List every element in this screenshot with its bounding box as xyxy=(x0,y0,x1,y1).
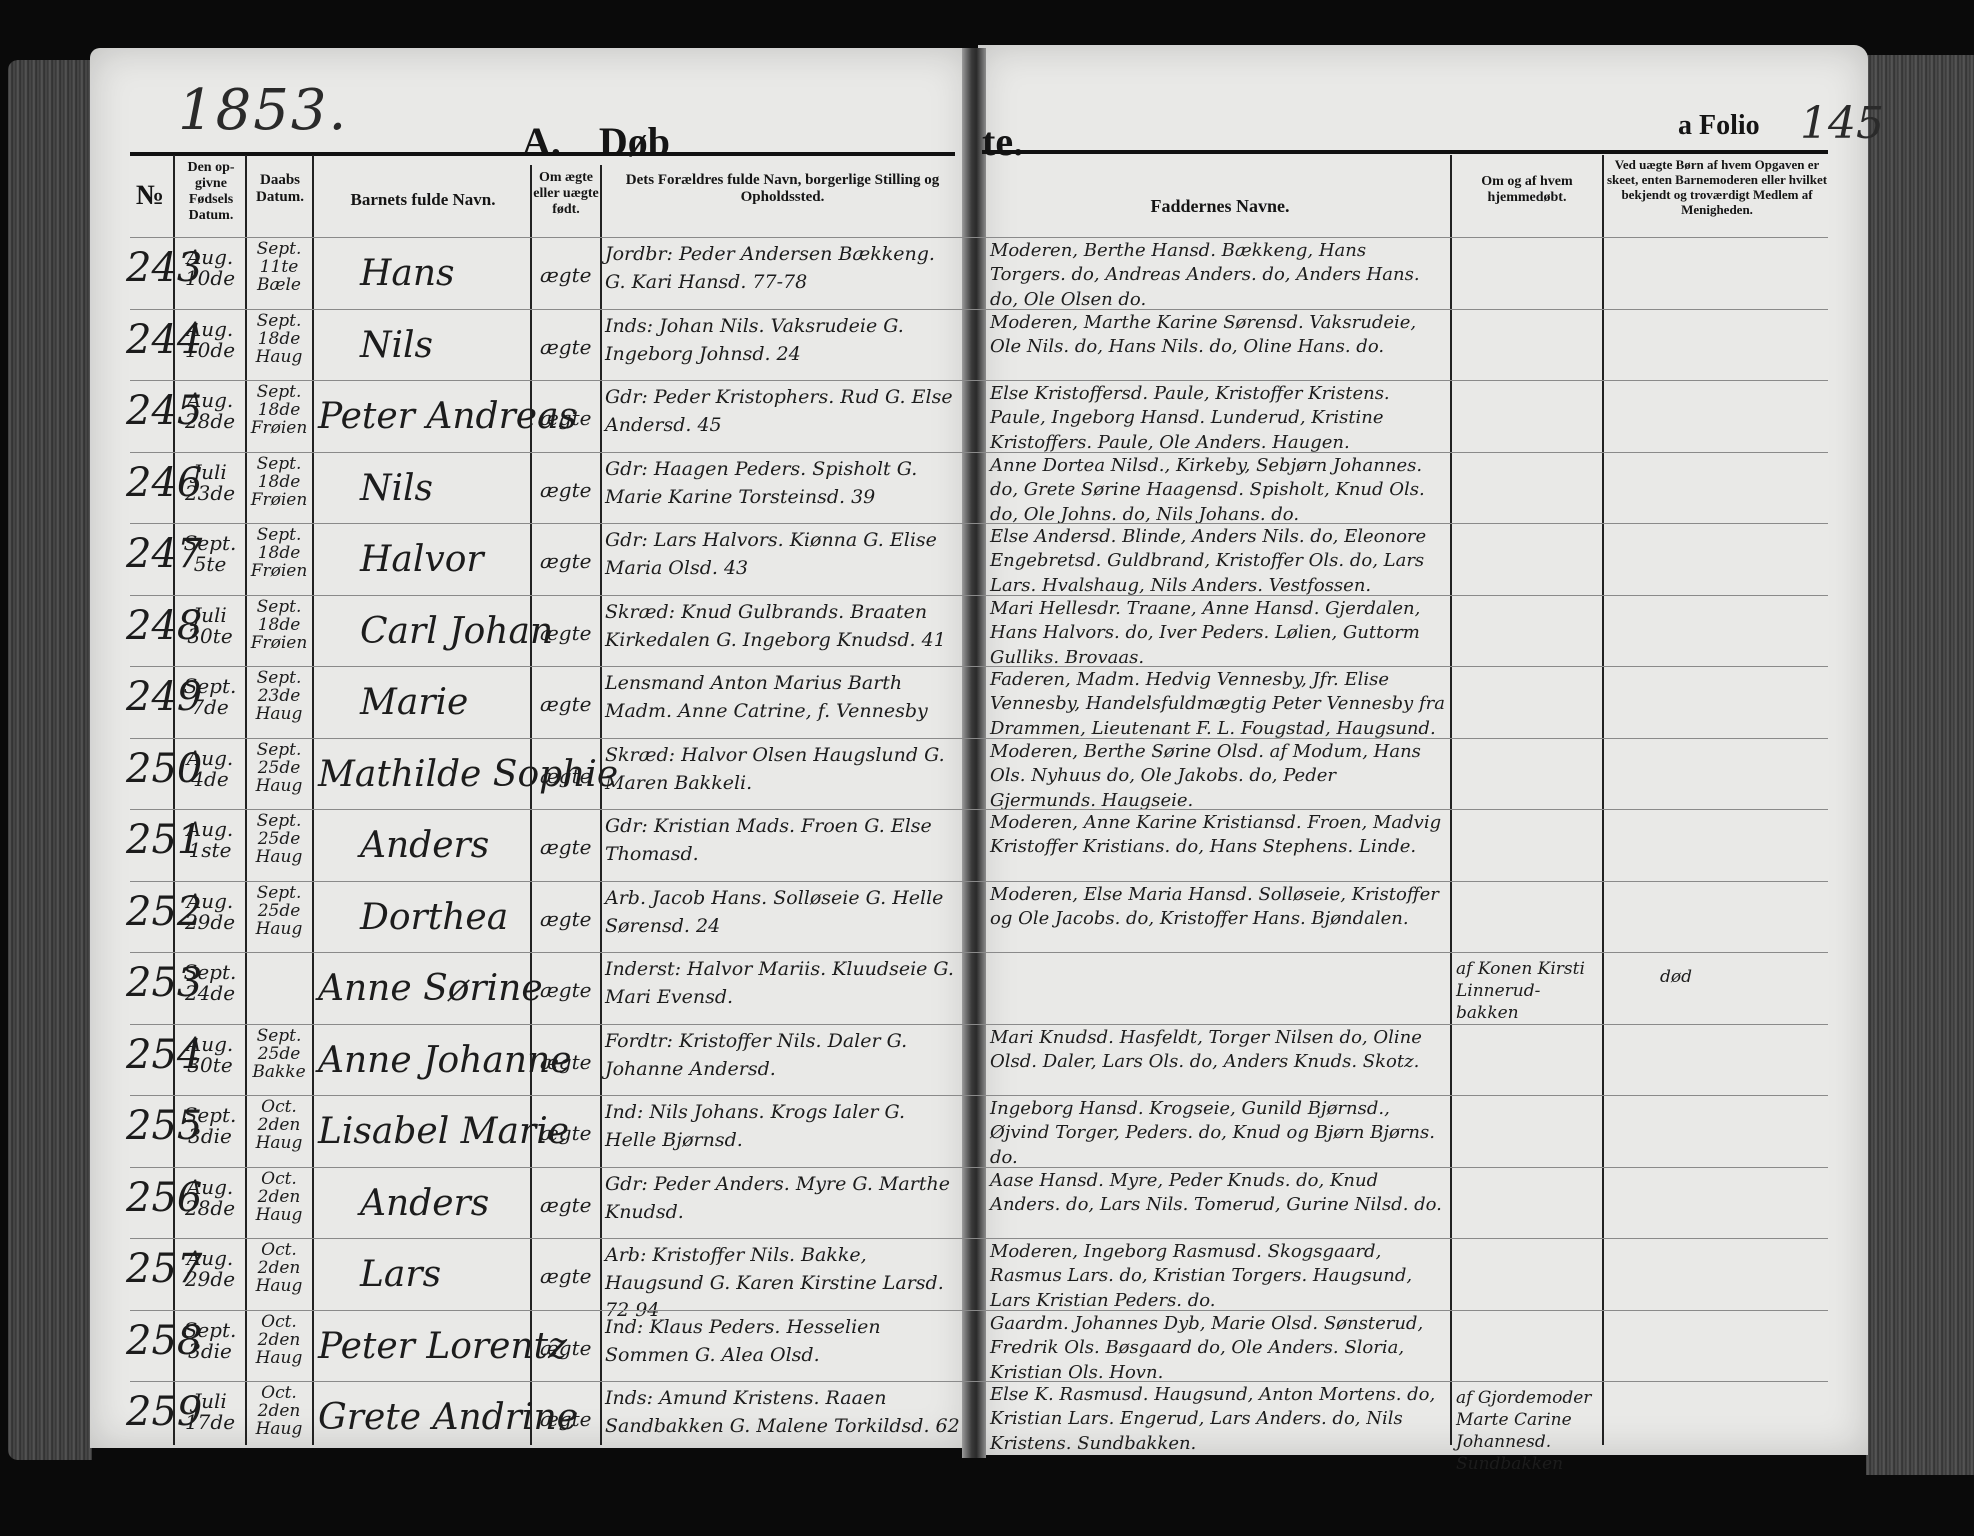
birth-date: Aug. 28de xyxy=(176,1177,244,1219)
register-book-scan: 1853. A. Døb te. a Folio 145 № Den op-gi… xyxy=(0,0,1974,1536)
baptism-date: Sept. 25de Haug xyxy=(248,742,310,796)
page-edges-right xyxy=(1866,55,1974,1475)
baptism-date: Sept. 23de Haug xyxy=(248,670,310,724)
birth-date: Aug. 30te xyxy=(176,1034,244,1076)
col-divider xyxy=(245,155,247,1445)
parents: Skræd: Knud Gulbrands. Braaten Kirkedale… xyxy=(605,599,960,654)
baptism-date: Sept. 18de Frøien xyxy=(248,527,310,581)
parents: Gdr: Lars Halvors. Kiønna G. Elise Maria… xyxy=(605,527,960,582)
legitimacy: ægte xyxy=(540,907,591,931)
birth-date: Sept. 5te xyxy=(176,533,244,575)
book-gutter xyxy=(962,48,986,1458)
row-divider xyxy=(130,809,1828,810)
col-header-informant: Ved uægte Børn af hvem Opgaven er skeet,… xyxy=(1606,158,1828,218)
row-divider xyxy=(130,1095,1828,1096)
godparents: Moderen, Anne Karine Kristiansd. Froen, … xyxy=(990,811,1445,860)
section-letter: A. xyxy=(522,119,561,164)
birth-date: Juli 23de xyxy=(176,462,244,504)
home-baptized: af Konen Kirsti Linnerud-bakken xyxy=(1456,958,1601,1024)
child-name: Lars xyxy=(360,1254,441,1295)
page-edges-left xyxy=(8,60,92,1460)
baptism-date: Sept. 18de Haug xyxy=(248,313,310,367)
row-divider xyxy=(130,881,1828,882)
baptism-date: Oct. 2den Haug xyxy=(248,1242,310,1296)
col-divider xyxy=(1450,155,1452,1445)
godparents: Moderen, Marthe Karine Sørensd. Vaksrude… xyxy=(990,311,1445,360)
col-header-parents: Dets Forældres fulde Navn, borgerlige St… xyxy=(605,172,960,207)
child-name: Nils xyxy=(360,468,433,509)
section-title-left: Døb xyxy=(599,119,670,164)
child-name: Marie xyxy=(360,682,468,723)
birth-date: Aug. 10de xyxy=(176,319,244,361)
parents: Fordtr: Kristoffer Nils. Daler G. Johann… xyxy=(605,1028,960,1083)
baptism-date: Oct. 2den Haug xyxy=(248,1314,310,1368)
col-header-no: № xyxy=(130,180,170,212)
parents: Gdr: Kristian Mads. Froen G. Else Thomas… xyxy=(605,813,960,868)
birth-date: Aug. 29de xyxy=(176,1248,244,1290)
folio-number: 145 xyxy=(1800,98,1884,149)
legitimacy: ægte xyxy=(540,406,591,430)
legitimacy: ægte xyxy=(540,621,591,645)
row-divider xyxy=(130,666,1828,667)
baptism-date: Oct. 2den Haug xyxy=(248,1385,310,1439)
godparents: Moderen, Else Maria Hansd. Solløseie, Kr… xyxy=(990,883,1445,932)
baptism-date: Sept. 25de Haug xyxy=(248,885,310,939)
parents: Gdr: Haagen Peders. Spisholt G. Marie Ka… xyxy=(605,456,960,511)
section-title: A. Døb xyxy=(522,118,670,165)
row-divider xyxy=(130,380,1828,381)
section-title-continuation: te. xyxy=(982,118,1023,165)
child-name: Hans xyxy=(360,253,455,294)
birth-date: Sept. 24de xyxy=(176,962,244,1004)
baptism-date: Sept. 18de Frøien xyxy=(248,384,310,438)
birth-date: Juli 30te xyxy=(176,605,244,647)
legitimacy: ægte xyxy=(540,764,591,788)
baptism-date: Oct. 2den Haug xyxy=(248,1099,310,1153)
register-year: 1853. xyxy=(178,78,348,143)
parents: Jordbr: Peder Andersen Bækkeng. G. Kari … xyxy=(605,241,960,296)
parents: Skræd: Halvor Olsen Haugslund G. Maren B… xyxy=(605,742,960,797)
row-divider xyxy=(130,452,1828,453)
col-header-child-name: Barnets fulde Navn. xyxy=(318,190,528,210)
parents: Inderst: Halvor Mariis. Kluudseie G. Mar… xyxy=(605,956,960,1011)
godparents: Ingeborg Hansd. Krogseie, Gunild Bjørnsd… xyxy=(990,1097,1445,1170)
row-divider xyxy=(130,1238,1828,1239)
col-header-birth-date: Den op-givne Fødsels Datum. xyxy=(175,160,247,224)
child-name: Anders xyxy=(360,825,489,866)
child-name: Halvor xyxy=(360,539,484,580)
birth-date: Aug. 29de xyxy=(176,891,244,933)
parents: Arb. Jacob Hans. Solløseie G. Helle Søre… xyxy=(605,885,960,940)
child-name: Peter Andreas xyxy=(318,396,577,437)
legitimacy: ægte xyxy=(540,1264,591,1288)
godparents: Mari Hellesdr. Traane, Anne Hansd. Gjerd… xyxy=(990,597,1445,670)
legitimacy: ægte xyxy=(540,835,591,859)
birth-date: Sept. 7de xyxy=(176,676,244,718)
godparents: Moderen, Ingeborg Rasmusd. Skogsgaard, R… xyxy=(990,1240,1445,1313)
baptism-date: Sept. 18de Frøien xyxy=(248,456,310,510)
row-divider xyxy=(130,1310,1828,1311)
child-name: Nils xyxy=(360,325,433,366)
baptism-date: Sept. 18de Frøien xyxy=(248,599,310,653)
parents: Arb: Kristoffer Nils. Bakke, Haugsund G.… xyxy=(605,1242,960,1325)
baptism-date: Sept. 11te Bæle xyxy=(248,241,310,295)
legitimacy: ægte xyxy=(540,1336,591,1360)
birth-date: Aug. 28de xyxy=(176,390,244,432)
godparents: Mari Knudsd. Hasfeldt, Torger Nilsen do,… xyxy=(990,1026,1445,1075)
parents: Inds: Amund Kristens. Raaen Sandbakken G… xyxy=(605,1385,960,1440)
godparents: Moderen, Berthe Hansd. Bækkeng, Hans Tor… xyxy=(990,239,1445,312)
child-name: Anders xyxy=(360,1183,489,1224)
baptism-date: Sept. 25de Bakke xyxy=(248,1028,310,1082)
legitimacy: ægte xyxy=(540,1407,591,1431)
legitimacy: ægte xyxy=(540,978,591,1002)
parents: Lensmand Anton Marius Barth Madm. Anne C… xyxy=(605,670,960,725)
godparents: Faderen, Madm. Hedvig Vennesby, Jfr. Eli… xyxy=(990,668,1445,741)
col-divider xyxy=(600,165,602,1445)
godparents: Gaardm. Johannes Dyb, Marie Olsd. Sønste… xyxy=(990,1312,1445,1385)
row-divider xyxy=(130,1167,1828,1168)
birth-date: Aug. 10de xyxy=(176,247,244,289)
row-divider xyxy=(130,595,1828,596)
informant-note: død xyxy=(1660,966,1780,988)
child-name: Lisabel Marie xyxy=(318,1111,569,1152)
parents: Gdr: Peder Kristophers. Rud G. Else Ande… xyxy=(605,384,960,439)
child-name: Anne Sørine xyxy=(318,968,543,1009)
col-header-legitimacy: Om ægte eller uægte født. xyxy=(532,170,600,218)
godparents: Else Kristoffersd. Paule, Kristoffer Kri… xyxy=(990,382,1445,455)
birth-date: Sept. 3die xyxy=(176,1105,244,1147)
child-name: Anne Johanne xyxy=(318,1040,572,1081)
parents: Gdr: Peder Anders. Myre G. Marthe Knudsd… xyxy=(605,1171,960,1226)
row-divider xyxy=(130,1024,1828,1025)
row-divider xyxy=(130,523,1828,524)
col-divider xyxy=(530,165,532,1445)
birth-date: Sept. 3die xyxy=(176,1320,244,1362)
col-divider xyxy=(1602,155,1604,1445)
legitimacy: ægte xyxy=(540,549,591,573)
legitimacy: ægte xyxy=(540,1193,591,1217)
birth-date: Aug. 1ste xyxy=(176,819,244,861)
godparents: Aase Hansd. Myre, Peder Knuds. do, Knud … xyxy=(990,1169,1445,1218)
legitimacy: ægte xyxy=(540,478,591,502)
legitimacy: ægte xyxy=(540,692,591,716)
folio-label: a Folio xyxy=(1678,110,1760,142)
parents: Ind: Nils Johans. Krogs Ialer G. Helle B… xyxy=(605,1099,960,1154)
child-name: Grete Andrine xyxy=(318,1397,578,1438)
row-divider xyxy=(130,309,1828,310)
row-divider xyxy=(130,1381,1828,1382)
legitimacy: ægte xyxy=(540,263,591,287)
godparents: Else Andersd. Blinde, Anders Nils. do, E… xyxy=(990,525,1445,598)
baptism-date: Sept. 25de Haug xyxy=(248,813,310,867)
birth-date: Aug. 4de xyxy=(176,748,244,790)
baptism-date: Oct. 2den Haug xyxy=(248,1171,310,1225)
header-rule-left xyxy=(130,152,955,156)
row-divider xyxy=(130,237,1828,238)
row-divider xyxy=(130,738,1828,739)
godparents: Else K. Rasmusd. Haugsund, Anton Mortens… xyxy=(990,1383,1445,1456)
child-name: Carl Johan xyxy=(360,611,553,652)
child-name: Peter Lorentz xyxy=(318,1326,567,1367)
legitimacy: ægte xyxy=(540,1050,591,1074)
birth-date: Juli 17de xyxy=(176,1391,244,1433)
home-baptized: af Gjordemoder Marte Carine Johannesd. S… xyxy=(1456,1387,1601,1475)
col-header-baptism-date: Daabs Datum. xyxy=(250,172,310,207)
parents: Inds: Johan Nils. Vaksrudeie G. Ingeborg… xyxy=(605,313,960,368)
col-divider xyxy=(312,155,314,1445)
col-header-godparents: Faddernes Navne. xyxy=(1000,196,1440,217)
legitimacy: ægte xyxy=(540,335,591,359)
child-name: Dorthea xyxy=(360,897,508,938)
parents: Ind: Klaus Peders. Hesselien Sommen G. A… xyxy=(605,1314,960,1369)
godparents: Anne Dortea Nilsd., Kirkeby, Sebjørn Joh… xyxy=(990,454,1445,527)
legitimacy: ægte xyxy=(540,1121,591,1145)
col-header-home-baptized: Om og af hvem hjemmedøbt. xyxy=(1452,174,1602,206)
row-divider xyxy=(130,952,1828,953)
godparents: Moderen, Berthe Sørine Olsd. af Modum, H… xyxy=(990,740,1445,813)
header-rule-right xyxy=(982,150,1828,154)
